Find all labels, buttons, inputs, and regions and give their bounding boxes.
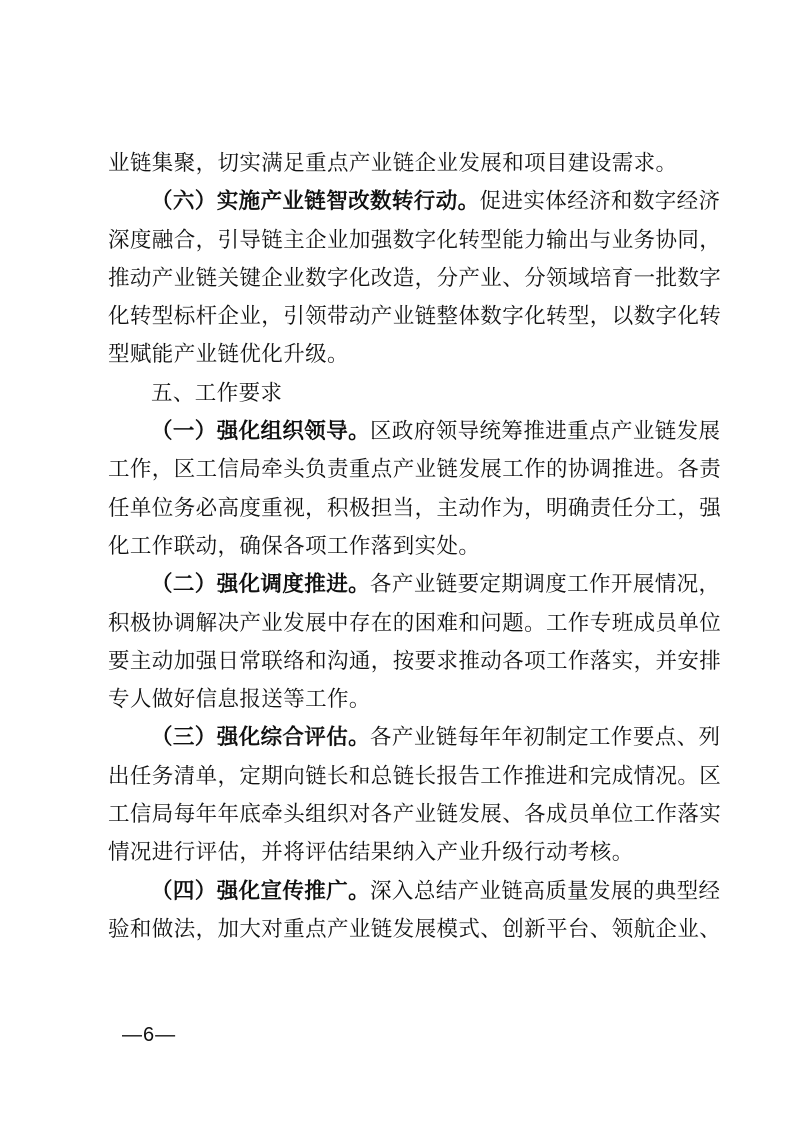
paragraph-line: 积极协调解决产业发展中存在的困难和问题。工作专班成员单位 bbox=[108, 605, 693, 643]
paragraph-line: 情况进行评估，并将评估结果纳入产业升级行动考核。 bbox=[108, 834, 693, 872]
paragraph-first-line: （一）强化组织领导。区政府领导统筹推进重点产业链发展 bbox=[108, 413, 693, 451]
paragraph-first-line: （六）实施产业链智改数转行动。促进实体经济和数字经济 bbox=[108, 183, 693, 221]
paragraph-first-line: （三）强化综合评估。各产业链每年年初制定工作要点、列 bbox=[108, 719, 693, 757]
paragraph-line: 化工作联动，确保各项工作落到实处。 bbox=[108, 528, 693, 566]
paragraph-line: 验和做法，加大对重点产业链发展模式、创新平台、领航企业、 bbox=[108, 911, 693, 949]
paragraph-heading: （一）强化组织领导。 bbox=[151, 419, 370, 444]
paragraph-text: 区政府领导统筹推进重点产业链发展 bbox=[370, 419, 720, 444]
paragraph-text: 各产业链要定期调度工作开展情况， bbox=[370, 572, 720, 597]
paragraph-heading: （四）强化宣传推广。 bbox=[151, 879, 370, 904]
paragraph-heading: （三）强化综合评估。 bbox=[151, 725, 370, 750]
paragraph-text: 促进实体经济和数字经济 bbox=[480, 189, 721, 214]
paragraph-text: 各产业链每年年初制定工作要点、列 bbox=[370, 725, 720, 750]
paragraph-line: 任单位务必高度重视，积极担当，主动作为，明确责任分工，强 bbox=[108, 490, 693, 528]
paragraph-line: 要主动加强日常联络和沟通，按要求推动各项工作落实，并安排 bbox=[108, 643, 693, 681]
paragraph-line: 出任务清单，定期向链长和总链长报告工作推进和完成情况。区 bbox=[108, 758, 693, 796]
paragraph-line: 业链集聚，切实满足重点产业链企业发展和项目建设需求。 bbox=[108, 145, 693, 183]
paragraph-heading: （二）强化调度推进。 bbox=[151, 572, 370, 597]
section-title: 五、工作要求 bbox=[108, 375, 693, 413]
paragraph-line: 化转型标杆企业，引领带动产业链整体数字化转型，以数字化转 bbox=[108, 298, 693, 336]
paragraph-line: 型赋能产业链优化升级。 bbox=[108, 336, 693, 374]
body-text: 业链集聚，切实满足重点产业链企业发展和项目建设需求。 （六）实施产业链智改数转行… bbox=[108, 145, 693, 949]
paragraph-line: 工作，区工信局牵头负责重点产业链发展工作的协调推进。各责 bbox=[108, 451, 693, 489]
paragraph-heading: （六）实施产业链智改数转行动。 bbox=[151, 189, 480, 214]
page-number: —6— bbox=[122, 1024, 176, 1047]
document-page: 业链集聚，切实满足重点产业链企业发展和项目建设需求。 （六）实施产业链智改数转行… bbox=[0, 0, 793, 1122]
paragraph-line: 专人做好信息报送等工作。 bbox=[108, 681, 693, 719]
paragraph-text: 深入总结产业链高质量发展的典型经 bbox=[370, 879, 720, 904]
paragraph-first-line: （四）强化宣传推广。深入总结产业链高质量发展的典型经 bbox=[108, 873, 693, 911]
paragraph-line: 深度融合，引导链主企业加强数字化转型能力输出与业务协同， bbox=[108, 222, 693, 260]
paragraph-first-line: （二）强化调度推进。各产业链要定期调度工作开展情况， bbox=[108, 566, 693, 604]
paragraph-line: 工信局每年年底牵头组织对各产业链发展、各成员单位工作落实 bbox=[108, 796, 693, 834]
paragraph-line: 推动产业链关键企业数字化改造，分产业、分领域培育一批数字 bbox=[108, 260, 693, 298]
